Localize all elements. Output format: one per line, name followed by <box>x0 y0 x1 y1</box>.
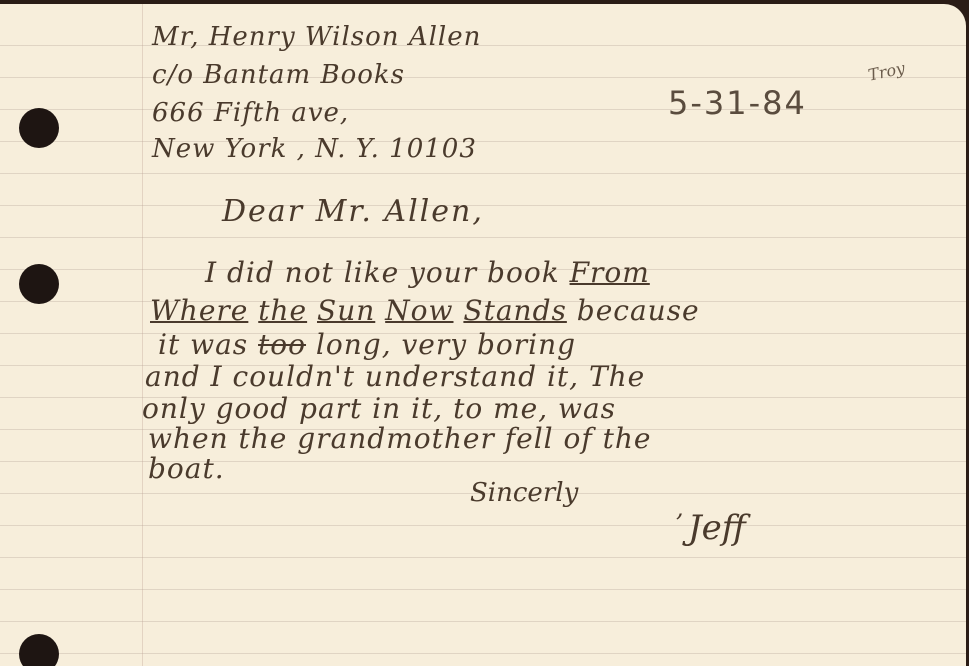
body-text: it was <box>158 328 248 361</box>
book-title-word: Stands <box>463 294 566 327</box>
body-line-6: when the grandmother fell of the <box>148 422 652 455</box>
letter-date: 5-31-84 <box>668 84 807 122</box>
binder-hole-top <box>19 108 59 148</box>
book-title-word: Where <box>150 294 248 327</box>
address-line-1: Mr, Henry Wilson Allen <box>152 22 481 52</box>
body-line-7: boat. <box>148 452 225 485</box>
address-line-4: New York , N. Y. 10103 <box>152 134 477 164</box>
margin-note: Troy <box>866 58 906 84</box>
notebook-paper: Mr, Henry Wilson Allen c/o Bantam Books … <box>0 4 966 666</box>
body-line-5: only good part in it, to me, was <box>142 392 616 425</box>
address-line-3: 666 Fifth ave, <box>152 98 349 128</box>
body-text: because <box>577 294 700 327</box>
greeting: Dear Mr. Allen, <box>222 194 484 229</box>
body-text: I did not like your book <box>205 256 560 289</box>
body-line-2: Where the Sun Now Stands because <box>150 294 700 327</box>
struck-word: too <box>258 328 306 361</box>
book-title-word: Sun <box>317 294 375 327</box>
body-line-4: and I couldn't understand it, The <box>145 360 645 393</box>
body-line-3: it was too long, very boring <box>158 328 576 361</box>
closing: Sincerly <box>470 478 578 508</box>
book-title-word: Now <box>385 294 453 327</box>
binder-hole-middle <box>19 264 59 304</box>
book-title-word: From <box>570 256 650 289</box>
binder-hole-bottom <box>19 634 59 666</box>
body-line-1: I did not like your book From <box>205 256 650 289</box>
closing-comma: , <box>676 494 684 522</box>
margin-line <box>142 4 143 666</box>
body-text: long, very boring <box>316 328 576 361</box>
book-title-word: the <box>258 294 307 327</box>
signature: Jeff <box>688 508 746 548</box>
address-line-2: c/o Bantam Books <box>152 60 405 90</box>
